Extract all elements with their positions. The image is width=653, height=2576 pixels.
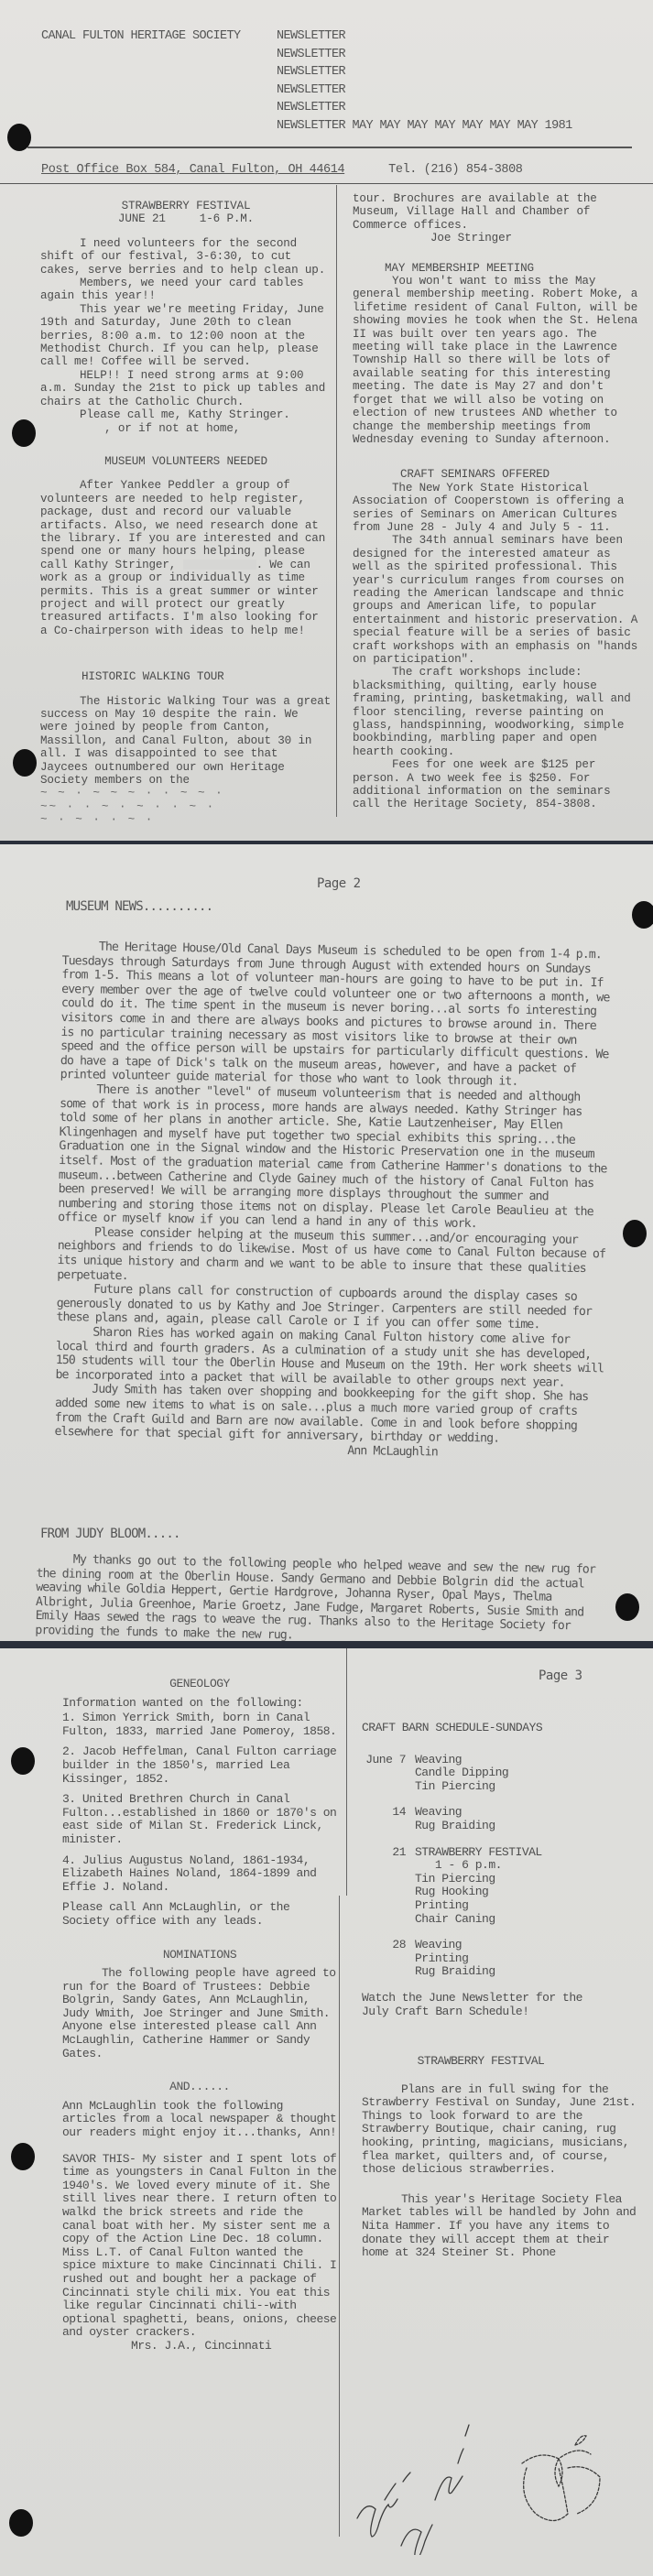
illegible-line: ~ ~ · ~ ~ ~ · · ~ ~ · bbox=[40, 787, 332, 799]
schedule-item: Printing bbox=[415, 1899, 637, 1913]
schedule-item: STRAWBERRY FESTIVAL bbox=[415, 1846, 637, 1860]
redacted-phone bbox=[183, 560, 256, 570]
binder-hole-icon bbox=[12, 419, 36, 447]
schedule-entry: June 7 Weaving Candle Dipping Tin Pierci… bbox=[362, 1754, 637, 1794]
paragraph: , or if not at home, bbox=[40, 422, 332, 435]
schedule-item: Printing bbox=[415, 1952, 637, 1966]
schedule-item: Rug Braiding bbox=[415, 1820, 637, 1833]
paragraph: Fees for one week are $125 per person. A… bbox=[353, 758, 641, 811]
column-divider bbox=[346, 1648, 347, 1896]
illegible-line: ~~ · · ~ · ~ · · ~ · bbox=[40, 800, 332, 813]
section-subheading: JUNE 21 1-6 P.M. bbox=[40, 212, 332, 225]
handwritten-note-icon bbox=[348, 2418, 650, 2555]
section-heading: GENEOLOGY bbox=[62, 1678, 337, 1691]
schedule-note: Watch the June Newsletter for the July C… bbox=[362, 1992, 600, 2018]
geneology-item: 2. Jacob Heffelman, Canal Fulton carriag… bbox=[62, 1745, 337, 1786]
binder-hole-icon bbox=[632, 901, 653, 929]
paragraph: HELP!! I need strong arms at 9:00 a.m. S… bbox=[40, 369, 332, 408]
newsletter-word: NEWSLETTER bbox=[277, 82, 572, 100]
paragraph: The 34th annual seminars have been desig… bbox=[353, 534, 641, 666]
schedule-entry: 14 Weaving Rug Braiding bbox=[362, 1806, 637, 1832]
geneology-item: 4. Julius Augustus Noland, 1861-1934, El… bbox=[62, 1854, 337, 1895]
schedule-item: Rug Hooking bbox=[415, 1886, 637, 1899]
illegible-line: ~ · ~ · · ~ · bbox=[40, 813, 332, 826]
signature: Mrs. J.A., Cincinnati bbox=[62, 2340, 337, 2353]
left-column: GENEOLOGY Information wanted on the foll… bbox=[62, 1667, 337, 2353]
schedule-entry: 28 Weaving Printing Rug Braiding bbox=[362, 1939, 637, 1979]
section-heading: HISTORIC WALKING TOUR bbox=[40, 670, 332, 683]
schedule-item: Tin Piercing bbox=[415, 1780, 637, 1794]
schedule-item: Tin Piercing bbox=[415, 1873, 637, 1886]
column-divider bbox=[339, 1896, 340, 2537]
newsletter-word: NEWSLETTER bbox=[277, 27, 572, 46]
issue-date: MAY MAY MAY MAY MAY MAY MAY 1981 bbox=[353, 119, 572, 133]
section-heading: CRAFT BARN SCHEDULE-SUNDAYS bbox=[362, 1722, 637, 1735]
paragraph: Information wanted on the following: bbox=[62, 1697, 337, 1711]
geneology-item: 3. United Brethren Church in Canal Fulto… bbox=[62, 1793, 337, 1846]
left-column: STRAWBERRY FESTIVAL JUNE 21 1-6 P.M. I n… bbox=[40, 200, 332, 827]
binder-hole-icon bbox=[9, 2509, 33, 2537]
geneology-item: 1. Simon Yerrick Smith, born in Canal Fu… bbox=[62, 1712, 337, 1738]
section-heading: MUSEUM VOLUNTEERS NEEDED bbox=[40, 455, 332, 468]
paragraph: Ann McLaughlin took the following articl… bbox=[62, 2100, 337, 2140]
paragraph: The craft workshops include: blacksmithi… bbox=[353, 666, 641, 758]
paragraph: Sharon Ries has worked again on making C… bbox=[55, 1325, 605, 1391]
paragraph-text: After Yankee Peddler a group of voluntee… bbox=[40, 479, 325, 571]
binder-hole-icon bbox=[11, 2143, 35, 2170]
newsletter-stack: NEWSLETTER NEWSLETTER NEWSLETTER NEWSLET… bbox=[277, 27, 572, 135]
column-divider bbox=[336, 185, 337, 817]
paragraph: Plans are in full swing for the Strawber… bbox=[362, 2083, 637, 2177]
schedule-entry: 21 STRAWBERRY FESTIVAL 1 - 6 p.m. Tin Pi… bbox=[362, 1846, 637, 1927]
binder-hole-icon bbox=[623, 1220, 647, 1247]
binder-hole-icon bbox=[11, 1747, 35, 1775]
schedule-item: 1 - 6 p.m. bbox=[415, 1859, 637, 1873]
paragraph: Please call Ann McLaughlin, or the Socie… bbox=[62, 1901, 337, 1928]
newsletter-page-2: Page 2 MUSEUM NEWS.......... The Heritag… bbox=[0, 844, 653, 1641]
section-heading: AND...... bbox=[62, 2081, 337, 2094]
schedule-date: 28 bbox=[362, 1939, 406, 1979]
paragraph: My thanks go out to the following people… bbox=[35, 1552, 604, 1641]
schedule-item: Candle Dipping bbox=[415, 1766, 637, 1780]
schedule-item: Weaving bbox=[415, 1939, 637, 1952]
schedule-item: Rug Braiding bbox=[415, 1965, 637, 1979]
schedule-date: 14 bbox=[362, 1806, 406, 1832]
right-column: tour. Brochures are available at the Mus… bbox=[353, 145, 641, 811]
museum-news-body: The Heritage House/Old Canal Days Museum… bbox=[54, 940, 612, 1462]
section-heading: MAY MEMBERSHIP MEETING bbox=[353, 262, 641, 275]
page-number: Page 2 bbox=[317, 876, 361, 891]
judy-bloom-body: My thanks go out to the following people… bbox=[35, 1552, 604, 1641]
paragraph: This year we're meeting Friday, June 19t… bbox=[40, 303, 332, 369]
paragraph: I need volunteers for the second shift o… bbox=[40, 237, 332, 277]
paragraph: Please consider helping at the museum th… bbox=[57, 1225, 607, 1291]
masthead: CANAL FULTON HERITAGE SOCIETY NEWSLETTER… bbox=[41, 27, 241, 46]
section-heading: STRAWBERRY FESTIVAL bbox=[40, 200, 332, 212]
paragraph: There is another "level" of museum volun… bbox=[58, 1082, 609, 1234]
schedule-date: June 7 bbox=[362, 1754, 406, 1794]
section-heading: STRAWBERRY FESTIVAL bbox=[362, 2055, 600, 2069]
newsletter-word: NEWSLETTER bbox=[277, 63, 572, 82]
newsletter-word: NEWSLETTER bbox=[277, 99, 572, 117]
newsletter-word: NEWSLETTER bbox=[277, 46, 572, 64]
paragraph: You won't want to miss the May general m… bbox=[353, 275, 641, 446]
paragraph: After Yankee Peddler a group of voluntee… bbox=[40, 479, 332, 637]
schedule-item: Weaving bbox=[415, 1754, 637, 1767]
right-column: CRAFT BARN SCHEDULE-SUNDAYS June 7 Weavi… bbox=[362, 1722, 637, 2260]
binder-hole-icon bbox=[13, 749, 37, 777]
page-number: Page 3 bbox=[539, 1668, 582, 1683]
newsletter-word: NEWSLETTER bbox=[277, 119, 345, 133]
section-heading: CRAFT SEMINARS OFFERED bbox=[353, 468, 641, 481]
paragraph: Members, we need your card tables again … bbox=[40, 277, 332, 303]
org-title: CANAL FULTON HERITAGE SOCIETY bbox=[41, 29, 241, 43]
paragraph: Judy Smith has taken over shopping and b… bbox=[54, 1382, 604, 1448]
newsletter-page-3: GENEOLOGY Information wanted on the foll… bbox=[0, 1648, 653, 2576]
paragraph: tour. Brochures are available at the Mus… bbox=[353, 192, 641, 232]
paragraph: SAVOR THIS- My sister and I spent lots o… bbox=[62, 2153, 337, 2340]
section-heading: FROM JUDY BLOOM..... bbox=[40, 1527, 180, 1541]
paragraph: The Heritage House/Old Canal Days Museum… bbox=[60, 940, 612, 1091]
paragraph: This year's Heritage Society Flea Market… bbox=[362, 2193, 637, 2260]
paragraph: Please call me, Kathy Stringer. bbox=[40, 408, 332, 421]
paragraph: The New York State Historical Associatio… bbox=[353, 482, 641, 535]
schedule-date: 21 bbox=[362, 1846, 406, 1927]
binder-hole-icon bbox=[615, 1593, 639, 1621]
newsletter-page-1: CANAL FULTON HERITAGE SOCIETY NEWSLETTER… bbox=[0, 0, 653, 841]
section-heading: MUSEUM NEWS.......... bbox=[66, 899, 212, 914]
postal-address: Post Office Box 584, Canal Fulton, OH 44… bbox=[41, 163, 344, 177]
paragraph: The following people have agreed to run … bbox=[62, 1967, 337, 2060]
paragraph: The Historic Walking Tour was a great su… bbox=[40, 695, 332, 788]
signature: Joe Stringer bbox=[353, 232, 641, 245]
schedule-item: Weaving bbox=[415, 1806, 637, 1820]
section-heading: NOMINATIONS bbox=[62, 1949, 337, 1962]
schedule-item: Chair Caning bbox=[415, 1913, 637, 1927]
